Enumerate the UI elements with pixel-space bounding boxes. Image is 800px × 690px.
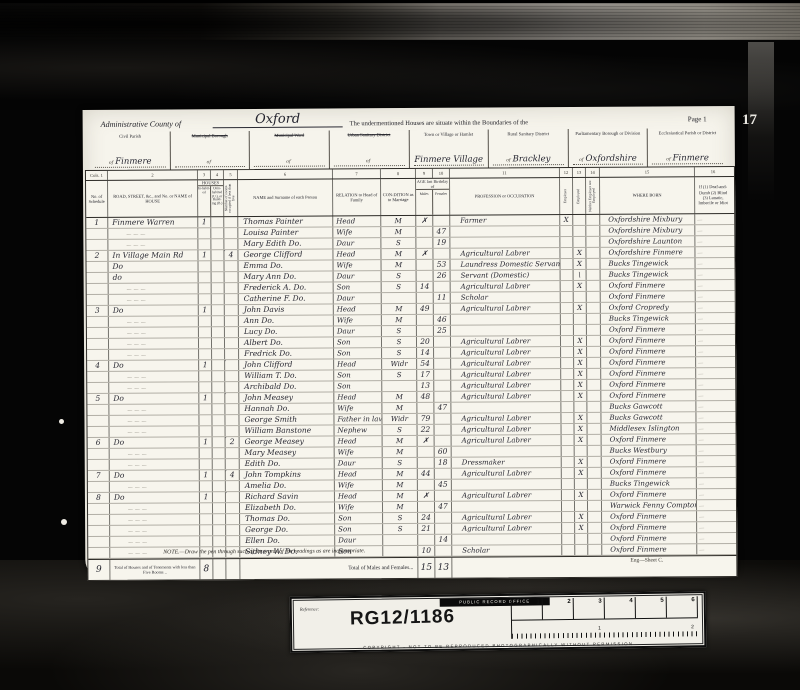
cell-age-male: 17 — [417, 370, 434, 380]
cell-occupation: Dressmaker — [452, 457, 562, 468]
cell-road — [110, 525, 200, 536]
cell-name: John Tompkins — [240, 469, 335, 480]
header-where-born: WHERE BORN — [600, 177, 695, 214]
cell-neither-mark — [588, 523, 602, 533]
cell-employer-mark — [561, 358, 574, 368]
cell-where-born: Oxford Finmere — [602, 467, 697, 478]
cell-age-male: 14 — [417, 348, 434, 358]
cell-age-female — [435, 469, 452, 479]
cell-name: Thomas Do. — [240, 513, 335, 524]
cell-age-female — [433, 249, 450, 259]
cell-rooms — [226, 459, 240, 469]
cell-condition — [383, 546, 418, 556]
cell-where-born: Oxford Finmere — [601, 379, 696, 390]
cell-age-male — [416, 238, 433, 248]
cell-uninhabited — [213, 525, 226, 535]
header-occupation: PROFESSION or OCCUPATION — [450, 178, 560, 215]
cell-rooms — [226, 426, 240, 436]
cell-age-male: 49 — [417, 304, 434, 314]
census-table: Cols. 12345678910111213141516 No. of Sch… — [85, 166, 737, 581]
cell-age-female — [435, 524, 452, 534]
cell-employer-mark — [560, 226, 573, 236]
cell-employer-mark — [560, 259, 573, 269]
cell-name: Louisa Painter — [238, 227, 333, 238]
cell-infirmities — [696, 280, 732, 290]
cell-employer-mark — [562, 435, 575, 445]
cell-uninhabited — [213, 492, 226, 502]
census-document: Administrative County of Oxford The unde… — [83, 106, 738, 578]
cell-schedule — [88, 515, 110, 525]
cell-inhabited — [199, 349, 212, 359]
cell-schedule — [88, 526, 110, 536]
cell-road: do — [109, 272, 199, 283]
header-houses-group: HOUSES In-habit-ed Unin-habited (U.), or… — [198, 180, 224, 216]
archive-page-number: 17 — [742, 112, 757, 129]
enumerator-tick — [225, 393, 228, 403]
cell-employed-mark: X — [575, 523, 588, 533]
cell-name: George Measey — [240, 436, 335, 447]
cell-neither-mark — [587, 270, 601, 280]
cell-name: Fredrick Do. — [239, 348, 334, 359]
header-condition: CON-DITION as to Marriage — [381, 179, 416, 215]
cell-rooms — [225, 305, 239, 315]
cell-road — [109, 349, 199, 360]
cell-occupation: Agricultural Labrer — [450, 248, 560, 259]
cell-name: Lucy Do. — [239, 326, 334, 337]
cell-neither-mark — [588, 479, 602, 489]
cell-name: Mary Edith Do. — [238, 238, 333, 249]
district-value: of — [174, 156, 245, 167]
cell-schedule — [87, 328, 109, 338]
cell-schedule — [87, 273, 109, 283]
district-cell: Parliamentary Borough or DivisionofOxfor… — [567, 129, 647, 167]
column-number: 7 — [333, 169, 381, 178]
cell-infirmities — [696, 335, 732, 345]
cell-condition: S — [381, 238, 416, 248]
cell-road — [110, 481, 200, 492]
scan-speck — [59, 419, 64, 424]
cell-employed-mark: X — [573, 259, 586, 269]
cell-neither-mark — [587, 358, 601, 368]
cell-relation: Wife — [334, 315, 382, 325]
totals-females-value: 13 — [435, 558, 452, 578]
cell-road: Do — [109, 305, 199, 316]
cell-condition: M — [382, 392, 417, 402]
enumerator-tick — [225, 360, 228, 370]
cell-age-female: 19 — [433, 238, 450, 248]
cell-name: William Banstone — [240, 425, 335, 436]
district-label: Rural Sanitary District — [489, 131, 568, 137]
district-label: Ecclesiastical Parish or District — [648, 130, 727, 136]
column-number: 15 — [600, 167, 695, 177]
column-number: 4 — [211, 170, 224, 179]
cell-age-male — [418, 502, 435, 512]
cell-rooms — [225, 415, 239, 425]
cell-where-born: Bucks Gawcott — [601, 412, 696, 423]
cell-rooms: 4 — [224, 250, 238, 260]
cell-uninhabited — [213, 459, 226, 469]
cell-road — [110, 503, 200, 514]
cell-inhabited: 1 — [199, 360, 212, 370]
column-number: 10 — [433, 169, 450, 178]
column-number: 5 — [224, 170, 238, 179]
cell-name: Richard Savin — [240, 491, 335, 502]
cell-employed-mark — [573, 226, 586, 236]
cell-employer-mark — [561, 391, 574, 401]
cell-employer-mark — [561, 336, 574, 346]
column-number: Cols. 1 — [86, 171, 108, 180]
cell-uninhabited — [212, 261, 225, 271]
cell-rooms — [226, 536, 240, 546]
column-number: 6 — [238, 169, 333, 179]
cell-occupation: Agricultural Labrer — [452, 490, 562, 501]
cell-employed-mark: X — [573, 248, 586, 258]
cell-rooms — [226, 525, 240, 535]
district-cell: Civil ParishofFinmere — [91, 131, 170, 169]
cell-rooms — [225, 272, 239, 282]
cell-name: Ellen Do. — [240, 535, 335, 546]
cell-relation: Son — [334, 381, 382, 391]
cell-name: Emma Do. — [239, 260, 334, 271]
cell-age-male — [417, 403, 434, 413]
cell-neither-mark — [588, 468, 602, 478]
totals-houses-label: Total of Houses and of Tenements with le… — [110, 559, 200, 580]
cell-road — [110, 459, 200, 470]
cell-relation: Daur — [334, 326, 382, 336]
district-label: Town or Village or Hamlet — [409, 132, 488, 138]
cell-where-born: Oxford Finmere — [602, 456, 697, 467]
cell-occupation: Agricultural Labrer — [451, 303, 561, 314]
cell-occupation: Agricultural Labrer — [452, 523, 562, 534]
cell-occupation: Agricultural Labrer — [451, 413, 561, 424]
cell-employer-mark — [562, 545, 575, 555]
cell-schedule: 8 — [88, 493, 110, 503]
cell-inhabited — [199, 294, 212, 304]
cell-road: In Village Main Rd — [108, 250, 198, 261]
cell-rooms — [225, 349, 239, 359]
inch-mark: 6 — [667, 596, 698, 617]
cell-employer-mark — [562, 424, 575, 434]
cell-schedule — [87, 405, 109, 415]
cell-inhabited — [199, 272, 212, 282]
cell-infirmities — [696, 269, 732, 279]
header-rooms-text: Number of rooms occupied if less than fi… — [225, 181, 236, 215]
inch-mark: 4 — [605, 597, 636, 618]
cell-road: Do — [109, 261, 199, 272]
cell-age-female: 60 — [435, 447, 452, 457]
cell-employer-mark — [561, 281, 574, 291]
header-age-title: AGE last Birthday of — [416, 179, 449, 190]
cell-employer-mark: X — [560, 215, 573, 225]
header-neither: Neither Employer nor Employed — [586, 178, 600, 214]
cell-occupation — [450, 226, 560, 237]
cell-name: George Clifford — [238, 249, 333, 260]
cell-condition — [382, 293, 417, 303]
cell-where-born: Oxford Finmere — [601, 324, 696, 335]
cell-schedule — [86, 240, 108, 250]
cell-age-male: 14 — [417, 282, 434, 292]
cell-age-male: ✗ — [416, 216, 433, 226]
cell-name: Ann Do. — [239, 315, 334, 326]
cell-employer-mark — [560, 237, 573, 247]
cell-condition: M — [383, 447, 418, 457]
cell-uninhabited — [212, 349, 225, 359]
cell-condition: M — [382, 403, 417, 413]
cell-uninhabited — [212, 316, 225, 326]
cell-relation: Daur — [335, 535, 383, 545]
cell-age-male — [418, 447, 435, 457]
cell-occupation — [451, 314, 561, 325]
cell-road — [109, 338, 199, 349]
cell-relation: Head — [334, 392, 382, 402]
cell-where-born: Oxford Finmere — [602, 533, 697, 544]
cell-age-male: 20 — [417, 337, 434, 347]
cell-condition: M — [382, 315, 417, 325]
district-of-prefix: of — [366, 159, 370, 164]
cell-employer-mark — [562, 468, 575, 478]
cell-employer-mark — [561, 369, 574, 379]
cell-inhabited — [200, 481, 213, 491]
cell-rooms — [225, 283, 239, 293]
scan-edge-texture-top — [0, 0, 800, 40]
cell-condition: S — [382, 282, 417, 292]
cell-neither-mark — [588, 424, 602, 434]
cell-schedule — [88, 537, 110, 547]
cell-where-born: Bucks Tingewick — [601, 313, 696, 324]
cell-age-female — [434, 348, 451, 358]
cell-age-female — [434, 414, 451, 424]
cell-relation: Daur — [335, 458, 383, 468]
cell-uninhabited — [212, 360, 225, 370]
cell-infirmities — [697, 500, 733, 510]
cell-rooms — [226, 503, 240, 513]
cell-inhabited: 1 — [198, 250, 211, 260]
cell-inhabited: 1 — [200, 470, 213, 480]
column-number: 2 — [108, 170, 198, 180]
cell-uninhabited — [211, 250, 224, 260]
cell-name: Hannah Do. — [239, 403, 334, 414]
cell-inhabited — [198, 239, 211, 249]
header-name: NAME and Surname of each Person — [238, 179, 333, 216]
cell-road: Do — [110, 437, 200, 448]
cell-age-female: 47 — [433, 227, 450, 237]
cell-condition: S — [383, 458, 418, 468]
district-of-prefix: of — [286, 160, 290, 165]
census-rows: 1Finmere Warren1Thomas PainterHeadM✗Farm… — [86, 214, 736, 559]
cell-inhabited — [200, 426, 213, 436]
district-header-row: Civil ParishofFinmereMunicipal Boroughof… — [91, 128, 727, 170]
cell-infirmities — [696, 412, 732, 422]
cell-age-male: 13 — [417, 381, 434, 391]
cell-rooms — [226, 492, 240, 502]
column-number: 3 — [198, 170, 211, 179]
cell-where-born: Bucks Gawcott — [601, 401, 696, 412]
cell-inhabited — [199, 382, 212, 392]
district-label: Parliamentary Borough or Division — [568, 131, 647, 137]
cell-road — [110, 426, 200, 437]
cell-name: Elizabeth Do. — [240, 502, 335, 513]
cell-where-born: Oxford Finmere — [601, 368, 696, 379]
cell-inhabited — [198, 228, 211, 238]
cell-inhabited — [199, 316, 212, 326]
cell-occupation: Agricultural Labrer — [451, 347, 561, 358]
cell-age-male: ✗ — [416, 249, 433, 259]
cell-name: Mary Measey — [240, 447, 335, 458]
cell-inhabited — [200, 459, 213, 469]
cell-inhabited — [200, 503, 213, 513]
cell-road — [109, 294, 199, 305]
cell-where-born: Oxford Finmere — [602, 489, 697, 500]
cell-where-born: Warwick Fenny Compton — [602, 500, 697, 511]
cell-name: George Smith — [239, 414, 334, 425]
cell-name: William T. Do. — [239, 370, 334, 381]
cell-age-female: 18 — [435, 458, 452, 468]
cell-neither-mark — [587, 281, 601, 291]
district-cell: Urban Sanitary Districtof — [329, 130, 409, 168]
cell-employer-mark — [561, 347, 574, 357]
cell-neither-mark — [586, 248, 600, 258]
cell-condition: M — [381, 227, 416, 237]
cell-inhabited: 1 — [198, 217, 211, 227]
cell-occupation — [451, 402, 561, 413]
cell-condition — [382, 381, 417, 391]
cell-name: George Do. — [240, 524, 335, 535]
cell-road: Do — [110, 470, 200, 481]
cell-inhabited: 1 — [199, 305, 212, 315]
cell-relation: Son — [334, 370, 382, 380]
cell-occupation: Agricultural Labrer — [452, 435, 562, 446]
header-employed-text: Employed — [577, 189, 581, 204]
scan-speck — [61, 519, 67, 525]
cell-age-male: 79 — [417, 414, 434, 424]
cell-where-born: Bucks Tingewick — [601, 269, 696, 280]
cell-neither-mark — [587, 391, 601, 401]
cell-name: Amelia Do. — [240, 480, 335, 491]
totals-spacer — [226, 559, 240, 579]
cell-uninhabited — [213, 470, 226, 480]
cell-inhabited — [200, 525, 213, 535]
cell-condition: M — [383, 480, 418, 490]
cell-where-born: Bucks Tingewick — [600, 258, 695, 269]
cell-schedule — [88, 427, 110, 437]
cell-infirmities — [696, 346, 732, 356]
cell-rooms — [226, 448, 240, 458]
cell-neither-mark — [588, 435, 602, 445]
header-employed: Employed — [573, 178, 586, 214]
cell-schedule — [87, 262, 109, 272]
cell-condition: Widr — [382, 414, 417, 424]
cell-road — [110, 514, 200, 525]
cell-condition — [383, 535, 418, 545]
cell-employed-mark — [575, 534, 588, 544]
cell-employer-mark — [560, 248, 573, 258]
cell-infirmities — [696, 379, 732, 389]
cell-employer-mark — [561, 380, 574, 390]
cell-neither-mark — [588, 512, 602, 522]
cell-uninhabited — [213, 426, 226, 436]
cell-neither-mark — [588, 501, 602, 511]
cell-employed-mark: X — [574, 380, 587, 390]
cell-road — [110, 536, 200, 547]
cell-uninhabited — [212, 415, 225, 425]
cell-rooms — [225, 393, 239, 403]
cell-schedule — [88, 460, 110, 470]
cell-rooms — [225, 404, 239, 414]
situate-text: The undermentioned Houses are situate wi… — [350, 119, 529, 127]
cell-employer-mark — [562, 523, 575, 533]
cell-occupation: Agricultural Labrer — [451, 380, 561, 391]
cell-infirmities — [696, 368, 732, 378]
cell-neither-mark — [588, 457, 602, 467]
cell-where-born: Oxford Finmere — [602, 434, 697, 445]
cell-rooms — [225, 338, 239, 348]
cell-rooms — [224, 239, 238, 249]
header-age-subs: Males Females — [416, 190, 449, 215]
header-relation: RELATION to Head of Family — [333, 179, 381, 215]
cell-occupation: Agricultural Labrer — [452, 468, 562, 479]
reference-value: RG12/1186 — [350, 606, 456, 630]
cell-where-born: Oxfordshire Mixbury — [600, 225, 695, 236]
cell-age-male — [417, 326, 434, 336]
cell-employer-mark — [561, 413, 574, 423]
district-of-prefix: of — [579, 158, 583, 163]
cell-employer-mark — [561, 314, 574, 324]
cell-neither-mark — [588, 446, 602, 456]
cell-age-male: 21 — [418, 524, 435, 534]
cell-employed-mark: X — [574, 413, 587, 423]
cell-employed-mark: X — [574, 303, 587, 313]
district-cell: Town or Village or HamletFinmere Village — [408, 130, 488, 168]
district-cell: Rural Sanitary DistrictofBrackley — [488, 129, 568, 167]
cell-neither-mark — [587, 314, 601, 324]
cell-neither-mark — [587, 336, 601, 346]
cell-age-female — [435, 513, 452, 523]
enumerator-tick — [224, 250, 227, 260]
cell-inhabited — [199, 415, 212, 425]
cell-infirmities — [695, 247, 731, 257]
cell-uninhabited — [213, 536, 226, 546]
cell-infirmities — [697, 467, 733, 477]
cell-relation: Head — [334, 359, 382, 369]
cell-employed-mark: X — [574, 369, 587, 379]
cell-where-born: Oxford Finmere — [602, 522, 697, 533]
cell-relation: Son — [334, 282, 382, 292]
cell-where-born: Oxford Finmere — [602, 544, 697, 555]
cell-road — [109, 415, 199, 426]
cell-employed-mark: X — [575, 435, 588, 445]
cell-name: John Measey — [239, 392, 334, 403]
cell-name: Catherine F. Do. — [239, 293, 334, 304]
record-office-stamp: Reference: RG12/1186 PUBLIC RECORD OFFIC… — [290, 591, 707, 653]
inch-mark: 1 — [512, 598, 543, 619]
cell-age-female: 11 — [434, 293, 451, 303]
cell-schedule: 6 — [88, 438, 110, 448]
cell-where-born: Oxford Finmere — [601, 291, 696, 302]
cell-condition: S — [382, 326, 417, 336]
cell-neither-mark — [587, 292, 601, 302]
header-road: ROAD, STREET, &c., and No. or NAME of HO… — [108, 180, 198, 217]
cell-age-female — [435, 425, 452, 435]
cell-age-female — [434, 282, 451, 292]
cell-occupation: Agricultural Labrer — [451, 336, 561, 347]
totals-houses-value: 8 — [200, 559, 213, 579]
cell-age-female — [434, 392, 451, 402]
cell-uninhabited — [212, 305, 225, 315]
cell-infirmities — [697, 511, 733, 521]
cell-inhabited — [200, 448, 213, 458]
cell-occupation: Scholar — [451, 292, 561, 303]
cell-age-female — [434, 304, 451, 314]
